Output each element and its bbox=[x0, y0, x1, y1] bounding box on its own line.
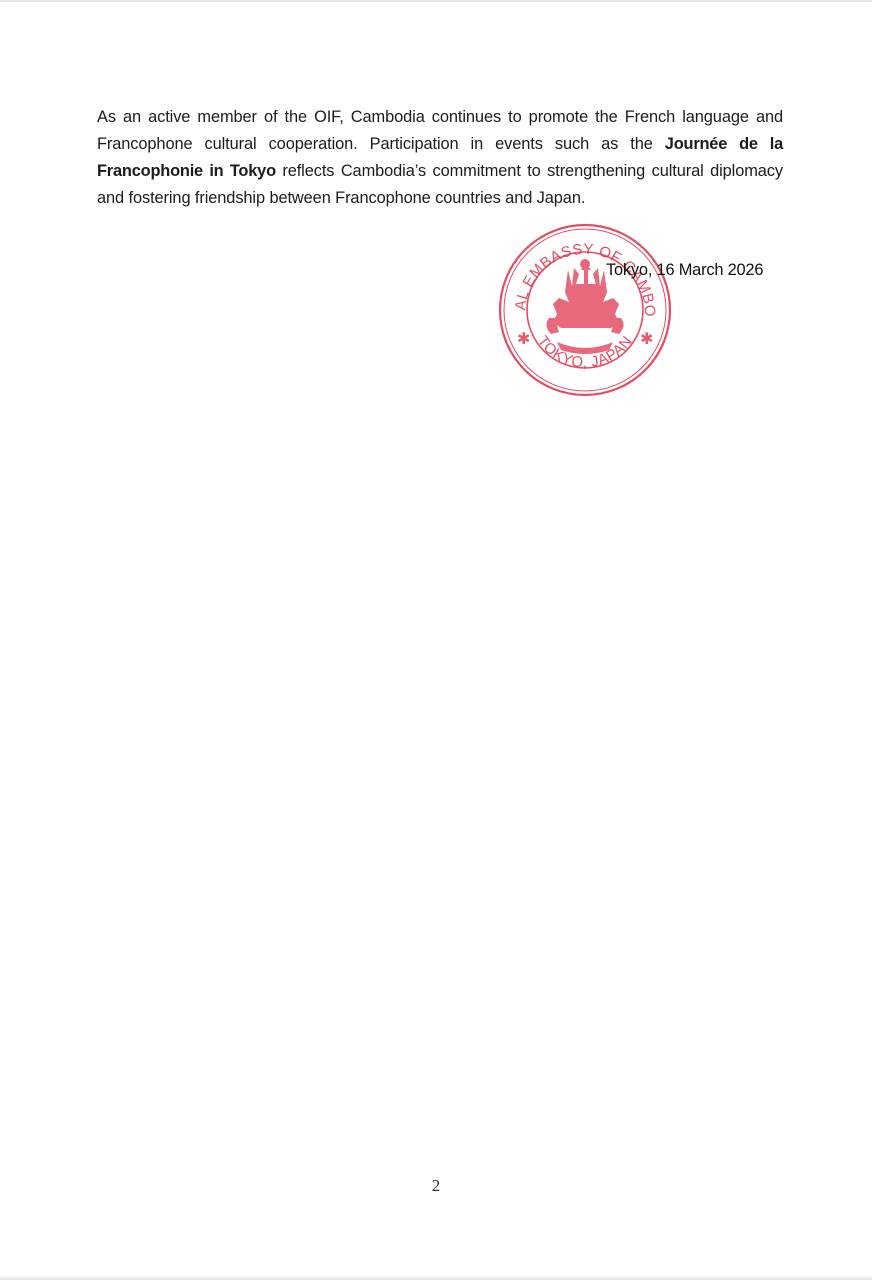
page-bottom-edge bbox=[0, 1276, 872, 1280]
svg-text:✱: ✱ bbox=[517, 329, 530, 348]
page-number: 2 bbox=[0, 1176, 872, 1196]
embassy-seal-stamp: ROYAL EMBASSY OF CAMBODIA TOKYO, JAPAN ✱… bbox=[497, 222, 673, 398]
svg-text:✱: ✱ bbox=[640, 329, 653, 348]
page-top-edge bbox=[0, 0, 872, 2]
place-and-date: Tokyo, 16 March 2026 bbox=[606, 261, 763, 280]
body-paragraph: As an active member of the OIF, Cambodia… bbox=[97, 104, 783, 212]
